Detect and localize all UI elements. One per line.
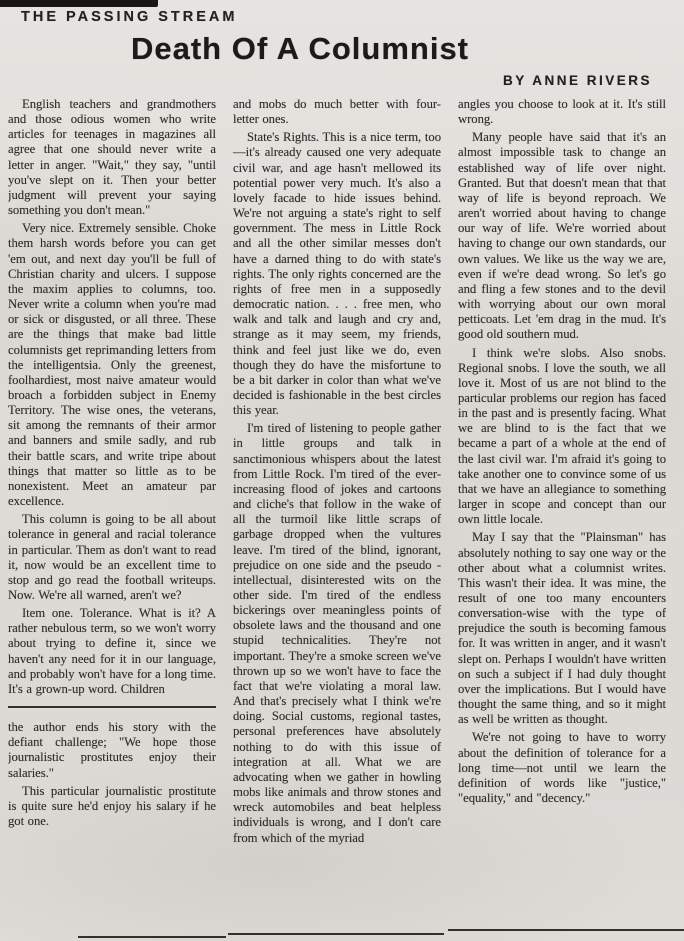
article-title: Death Of A Columnist: [131, 31, 469, 66]
paragraph: English teachers and grandmothers and th…: [8, 97, 216, 218]
paragraph: the author ends his story with the defia…: [8, 720, 216, 781]
paragraph: I'm tired of listening to people gather …: [233, 421, 441, 845]
byline: BY ANNE RIVERS: [503, 73, 652, 88]
paragraph: We're not going to have to worry about t…: [458, 730, 666, 806]
paragraph: May I say that the "Plainsman" has absol…: [458, 530, 666, 727]
paragraph: angles you choose to look at it. It's st…: [458, 97, 666, 127]
paragraph: This particular journalistic prostitute …: [8, 784, 216, 829]
scan-edge-strip: [0, 0, 158, 7]
headline-block: Death Of A Columnist: [0, 31, 600, 67]
divider-rule: [8, 706, 216, 708]
paragraph: This column is going to be all about tol…: [8, 512, 216, 603]
column-1: English teachers and grandmothers and th…: [8, 97, 216, 939]
column-3: angles you choose to look at it. It's st…: [458, 97, 666, 939]
article-body: English teachers and grandmothers and th…: [8, 97, 666, 939]
bottom-divider-rule: [228, 933, 444, 935]
paragraph: Very nice. Extremely sensible. Choke the…: [8, 221, 216, 509]
paragraph: Item one. Tolerance. What is it? A rathe…: [8, 606, 216, 697]
paragraph: and mobs do much better with four-letter…: [233, 97, 441, 127]
bottom-divider-rule: [78, 936, 226, 938]
bottom-divider-rule: [448, 929, 684, 931]
paragraph: State's Rights. This is a nice term, too…: [233, 130, 441, 418]
column-2: and mobs do much better with four-letter…: [233, 97, 441, 939]
paragraph: Many people have said that it's an almos…: [458, 130, 666, 342]
paragraph: I think we're slobs. Also snobs. Regiona…: [458, 346, 666, 528]
column-kicker: THE PASSING STREAM: [21, 9, 237, 25]
